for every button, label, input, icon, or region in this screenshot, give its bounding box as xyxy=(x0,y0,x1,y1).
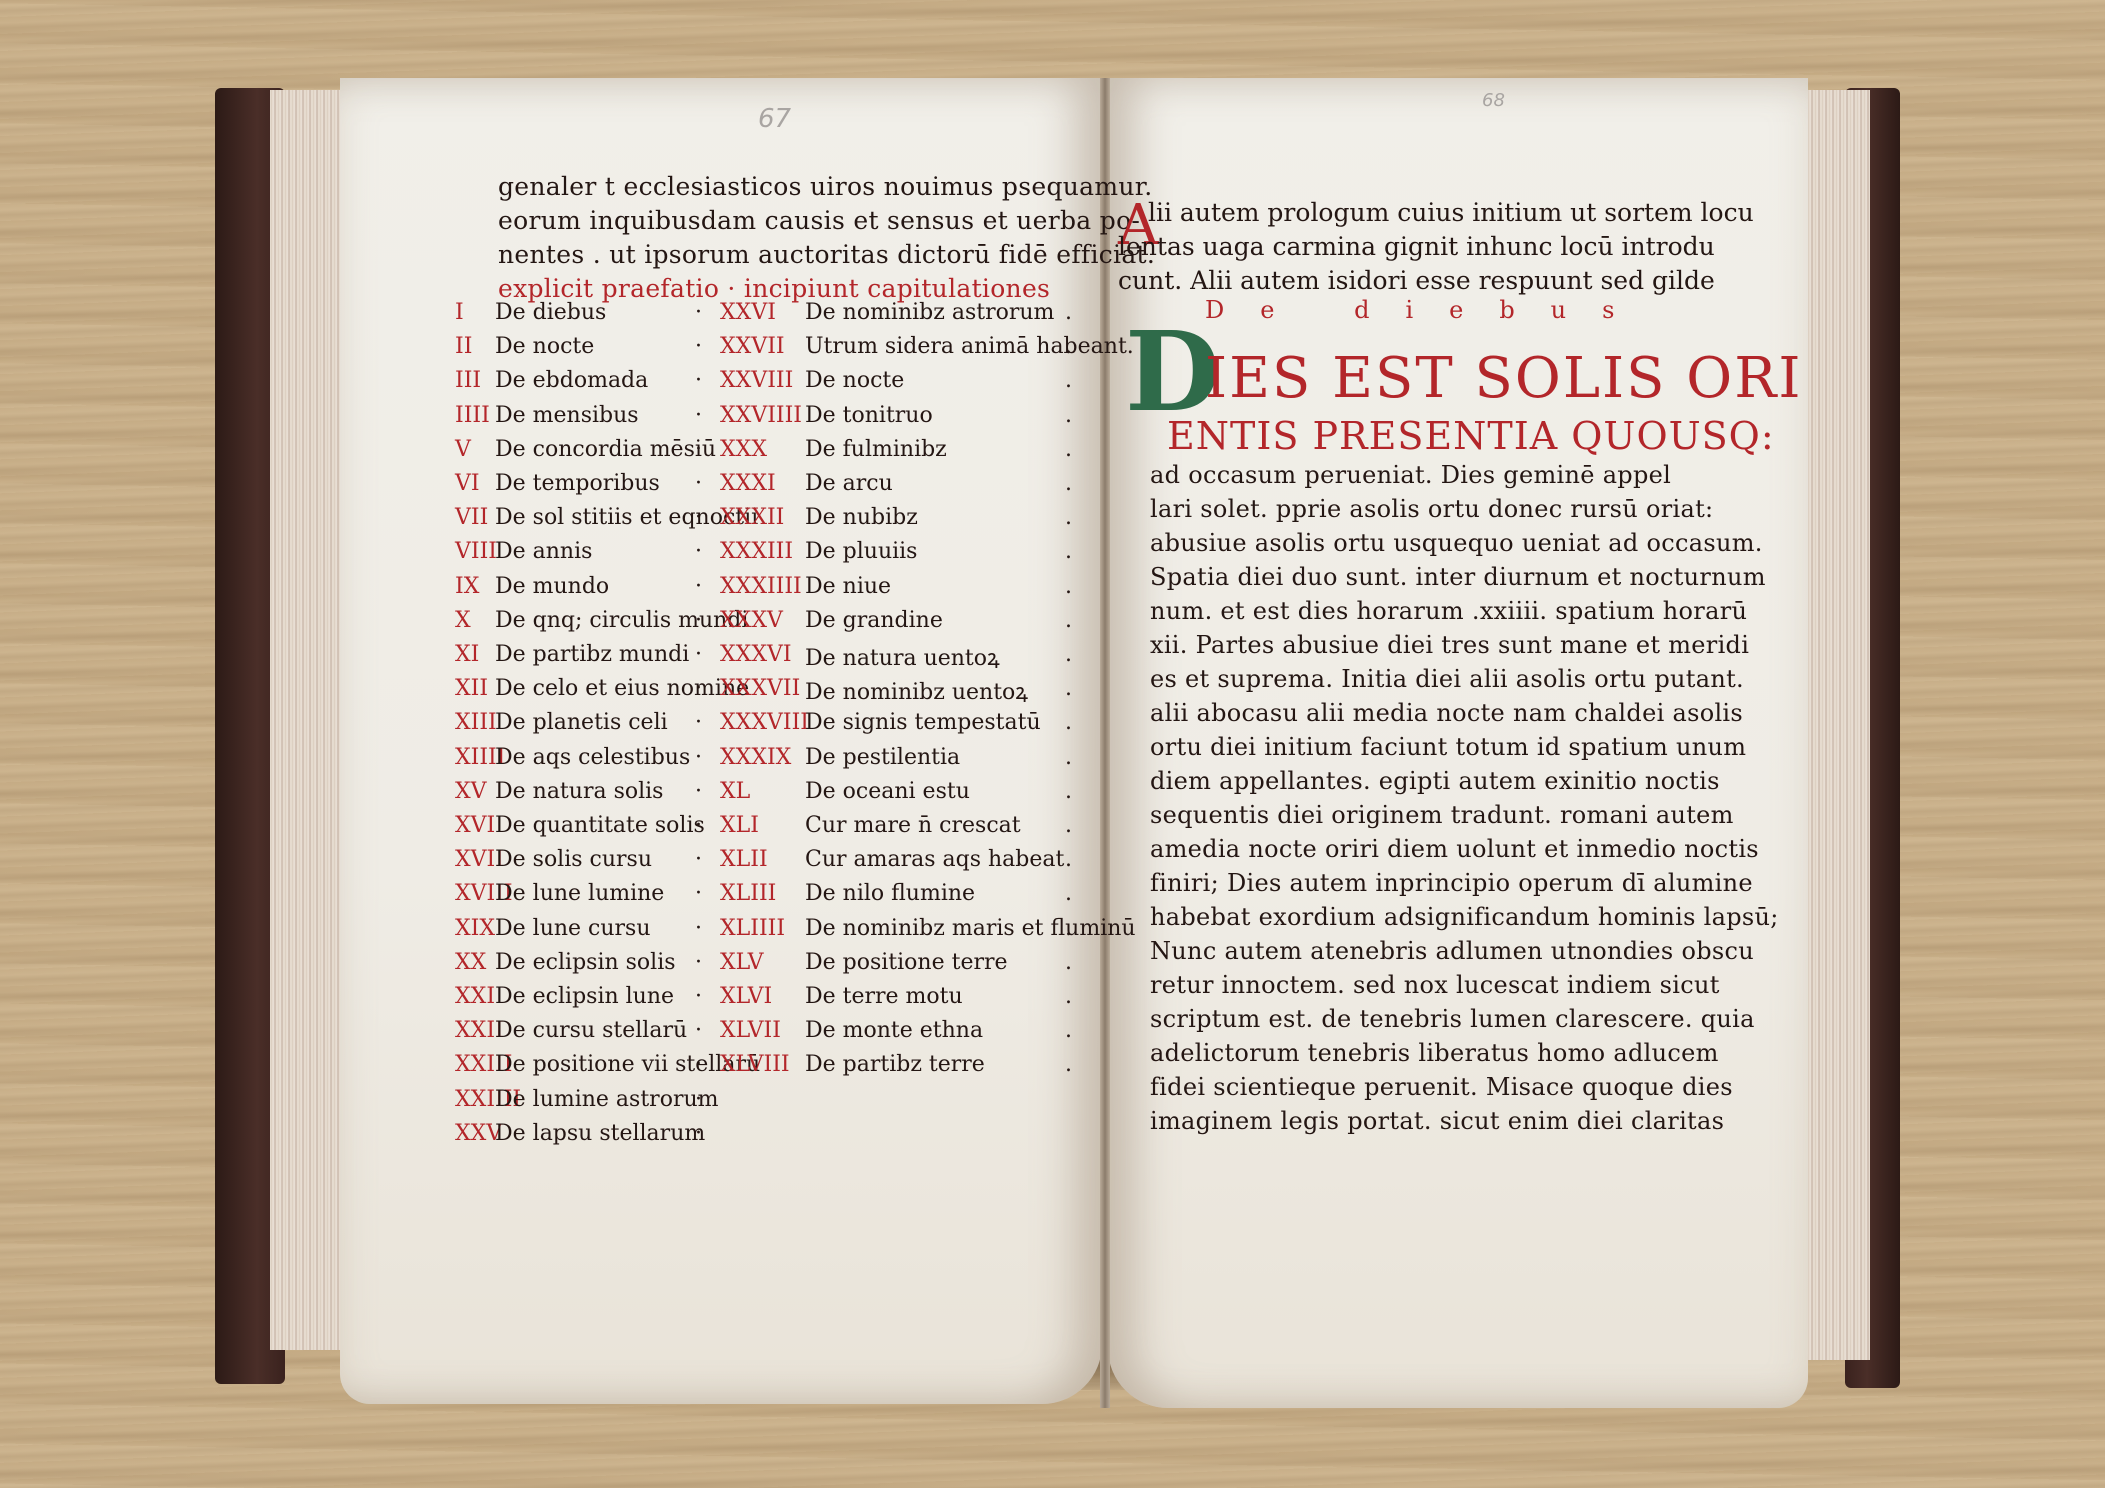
folio-number-left: 67 xyxy=(758,104,791,134)
body-line: fidei scientieque peruenit. Misace quoqu… xyxy=(1150,1070,1779,1104)
chapter-title: De nominibz uentoꝝ xyxy=(805,676,1028,706)
body-line: es et suprema. Initia diei alii asolis o… xyxy=(1150,662,1779,696)
folio-number-right: 68 xyxy=(1482,90,1505,111)
punctus-mark: · xyxy=(695,916,702,941)
punctus-mark: . xyxy=(1065,745,1072,770)
punctus-mark: · xyxy=(695,1087,702,1112)
chapter-title: De lune cursu xyxy=(495,916,651,941)
chapter-title: De partibz mundi xyxy=(495,642,689,667)
body-line: adelictorum tenebris liberatus homo adlu… xyxy=(1150,1036,1779,1070)
body-line: Spatia diei duo sunt. inter diurnum et n… xyxy=(1150,560,1779,594)
punctus-mark: · xyxy=(695,779,702,804)
chapter-title: De diebus xyxy=(495,300,606,325)
opening-line: cunt. Alii autem isidori esse respuunt s… xyxy=(1118,264,1715,298)
chapter-numeral: XXXVIII xyxy=(720,710,809,735)
chapter-body-text: ad occasum perueniat. Dies geminē appell… xyxy=(1150,458,1779,1138)
chapter-title: De positione terre xyxy=(805,950,1008,975)
de-diebus-rubric: De diebus xyxy=(1205,296,1650,324)
body-line: abusiue asolis ortu usquequo ueniat ad o… xyxy=(1150,526,1779,560)
chapter-title: De pluuiis xyxy=(805,539,917,564)
punctus-mark: · xyxy=(695,334,702,359)
punctus-mark: . xyxy=(1065,368,1072,393)
chapter-title: De lapsu stellarum xyxy=(495,1121,705,1146)
chapter-title: De cursu stellarū xyxy=(495,1018,687,1043)
chapter-numeral: XLVIII xyxy=(720,1052,790,1077)
punctus-mark: . xyxy=(1065,950,1072,975)
chapter-title: De fulminibz xyxy=(805,437,947,462)
chapter-numeral: XXVII xyxy=(720,334,785,359)
punctus-mark: · xyxy=(695,1121,702,1146)
chapter-title: De partibz terre xyxy=(805,1052,985,1077)
body-line: amedia nocte oriri diem uolunt et inmedi… xyxy=(1150,832,1779,866)
chapter-numeral: XXXV xyxy=(720,608,783,633)
prefatio-line: nentes . ut ipsorum auctoritas dictorū f… xyxy=(498,238,1155,272)
body-line: alii abocasu alii media nocte nam chalde… xyxy=(1150,696,1779,730)
body-line: num. et est dies horarum .xxiiii. spatiu… xyxy=(1150,594,1779,628)
punctus-mark: . xyxy=(1065,984,1072,1009)
chapter-title: De signis tempestatū xyxy=(805,710,1041,735)
punctus-mark: · xyxy=(695,950,702,975)
chapter-title: De concordia mēsiū xyxy=(495,437,716,462)
punctus-mark: · xyxy=(695,984,702,1009)
punctus-mark: . xyxy=(1065,403,1072,428)
punctus-mark: . xyxy=(1065,676,1072,701)
chapter-title: De eclipsin lune xyxy=(495,984,674,1009)
chapter-title: De nilo flumine xyxy=(805,881,975,906)
chapter-title: De mundo xyxy=(495,574,609,599)
chapter-title: De nubibz xyxy=(805,505,918,530)
punctus-mark: . xyxy=(1065,334,1072,359)
punctus-mark: · xyxy=(695,847,702,872)
body-line: habebat exordium adsignificandum hominis… xyxy=(1150,900,1779,934)
chapter-title: Cur amaras aqs habeat xyxy=(805,847,1064,872)
punctus-mark: · xyxy=(695,574,702,599)
punctus-mark: . xyxy=(1065,847,1072,872)
prefatio-line: eorum inquibusdam causis et sensus et ue… xyxy=(498,204,1155,238)
punctus-mark: . xyxy=(1065,813,1072,838)
chapter-title: De annis xyxy=(495,539,592,564)
chapter-numeral: XLIII xyxy=(720,881,776,906)
chapter-title: De monte ethna xyxy=(805,1018,983,1043)
punctus-mark: · xyxy=(695,881,702,906)
body-line: scriptum est. de tenebris lumen claresce… xyxy=(1150,1002,1779,1036)
chapter-title: De lune lumine xyxy=(495,881,664,906)
chapter-numeral: XXXVII xyxy=(720,676,800,701)
prefatio-text: genaler t ecclesiasticos uiros nouimus p… xyxy=(498,170,1155,306)
punctus-mark: . xyxy=(1065,505,1072,530)
chapter-title: De planetis celi xyxy=(495,710,668,735)
chapter-numeral: XLI xyxy=(720,813,759,838)
chapter-title: De niue xyxy=(805,574,891,599)
chapter-title: De eclipsin solis xyxy=(495,950,676,975)
body-line: imaginem legis portat. sicut enim diei c… xyxy=(1150,1104,1779,1138)
punctus-mark: · xyxy=(695,368,702,393)
heading-line-1: IES EST SOLIS ORI xyxy=(1205,346,1803,411)
punctus-mark: . xyxy=(1065,916,1072,941)
chapter-title: De natura uentoꝝ xyxy=(805,642,1000,672)
punctus-mark: · xyxy=(695,745,702,770)
chapter-numeral: XXXIIII xyxy=(720,574,802,599)
chapter-title: Cur mare n̄ crescat xyxy=(805,813,1021,838)
punctus-mark: . xyxy=(1065,608,1072,633)
punctus-mark: . xyxy=(1065,779,1072,804)
page-stack-right xyxy=(1800,90,1870,1360)
punctus-mark: · xyxy=(695,710,702,735)
chapter-numeral: XXVIII xyxy=(720,368,793,393)
chapter-title: De aqs celestibus xyxy=(495,745,690,770)
punctus-mark: · xyxy=(695,437,702,462)
chapter-title: De tonitruo xyxy=(805,403,933,428)
chapter-numeral: XLVII xyxy=(720,1018,781,1043)
chapter-title: Utrum sidera animā habeant. xyxy=(805,334,1134,359)
punctus-mark: . xyxy=(1065,881,1072,906)
chapter-title: De arcu xyxy=(805,471,893,496)
chapter-title: De pestilentia xyxy=(805,745,960,770)
punctus-mark: . xyxy=(1065,539,1072,564)
body-line: ortu diei initium faciunt totum id spati… xyxy=(1150,730,1779,764)
body-line: lari solet. pprie asolis ortu donec rurs… xyxy=(1150,492,1779,526)
punctus-mark: · xyxy=(695,505,702,530)
punctus-mark: . xyxy=(1065,300,1072,325)
punctus-mark: · xyxy=(695,1018,702,1043)
chapter-title: De quantitate solis xyxy=(495,813,705,838)
heading-line-2: ENTIS PRESENTIA QUOUSQ: xyxy=(1167,414,1775,458)
chapter-numeral: XXVIIII xyxy=(720,403,802,428)
chapter-numeral: XXXVI xyxy=(720,642,792,667)
chapter-numeral: XXVI xyxy=(720,300,776,325)
punctus-mark: · xyxy=(695,608,702,633)
chapter-numeral: XXXIX xyxy=(720,745,791,770)
punctus-mark: · xyxy=(695,1052,702,1077)
chapter-numeral: XXXI xyxy=(720,471,776,496)
chapter-title: De nominibz astrorum xyxy=(805,300,1054,325)
chapter-numeral: XXX xyxy=(720,437,767,462)
punctus-mark: · xyxy=(695,300,702,325)
prefatio-line: genaler t ecclesiasticos uiros nouimus p… xyxy=(498,170,1155,204)
chapter-title: De nocte xyxy=(495,334,594,359)
chapter-title: De mensibus xyxy=(495,403,639,428)
body-line: sequentis diei originem tradunt. romani … xyxy=(1150,798,1779,832)
chapter-numeral: XLIIII xyxy=(720,916,785,941)
chapter-title: De celo et eius nomine xyxy=(495,676,749,701)
chapter-title: De nominibz maris et fluminū xyxy=(805,916,1136,941)
chapter-title: De lumine astrorum xyxy=(495,1087,719,1112)
page-stack-left xyxy=(270,90,342,1350)
body-line: xii. Partes abusiue diei tres sunt mane … xyxy=(1150,628,1779,662)
punctus-mark: . xyxy=(1065,574,1072,599)
chapter-numeral: XL xyxy=(720,779,750,804)
chapter-title: De ebdomada xyxy=(495,368,648,393)
punctus-mark: . xyxy=(1065,1018,1072,1043)
punctus-mark: · xyxy=(695,539,702,564)
chapter-numeral: XLII xyxy=(720,847,768,872)
body-line: diem appellantes. egipti autem exinitio … xyxy=(1150,764,1779,798)
punctus-mark: · xyxy=(695,813,702,838)
body-line: ad occasum perueniat. Dies geminē appel xyxy=(1150,458,1779,492)
chapter-title: De nocte xyxy=(805,368,904,393)
punctus-mark: · xyxy=(695,676,702,701)
opening-line: lii autem prologum cuius initium ut sort… xyxy=(1148,196,1754,230)
chapter-title: De temporibus xyxy=(495,471,660,496)
punctus-mark: · xyxy=(695,471,702,496)
chapter-title: De oceani estu xyxy=(805,779,970,804)
body-line: Nunc autem atenebris adlumen utnondies o… xyxy=(1150,934,1779,968)
chapter-title: De qnq; circulis mundi xyxy=(495,608,748,633)
body-line: finiri; Dies autem inprincipio operum dī… xyxy=(1150,866,1779,900)
chapter-title: De natura solis xyxy=(495,779,663,804)
chapter-title: De grandine xyxy=(805,608,943,633)
chapter-numeral: XXXIII xyxy=(720,539,793,564)
chapter-numeral: XXXII xyxy=(720,505,784,530)
opening-line: lentas uaga carmina gignit inhunc locū i… xyxy=(1118,230,1715,264)
chapter-title: De solis cursu xyxy=(495,847,652,872)
punctus-mark: · xyxy=(695,403,702,428)
chapter-title: De sol stitiis et eqnoctii xyxy=(495,505,758,530)
chapter-title: De terre motu xyxy=(805,984,963,1009)
punctus-mark: · xyxy=(695,642,702,667)
chapter-numeral: XLVI xyxy=(720,984,772,1009)
punctus-mark: . xyxy=(1065,710,1072,735)
punctus-mark: . xyxy=(1065,642,1072,667)
punctus-mark: . xyxy=(1065,471,1072,496)
chapter-numeral: XLV xyxy=(720,950,764,975)
body-line: retur innoctem. sed nox lucescat indiem … xyxy=(1150,968,1779,1002)
punctus-mark: . xyxy=(1065,437,1072,462)
punctus-mark: . xyxy=(1065,1052,1072,1077)
